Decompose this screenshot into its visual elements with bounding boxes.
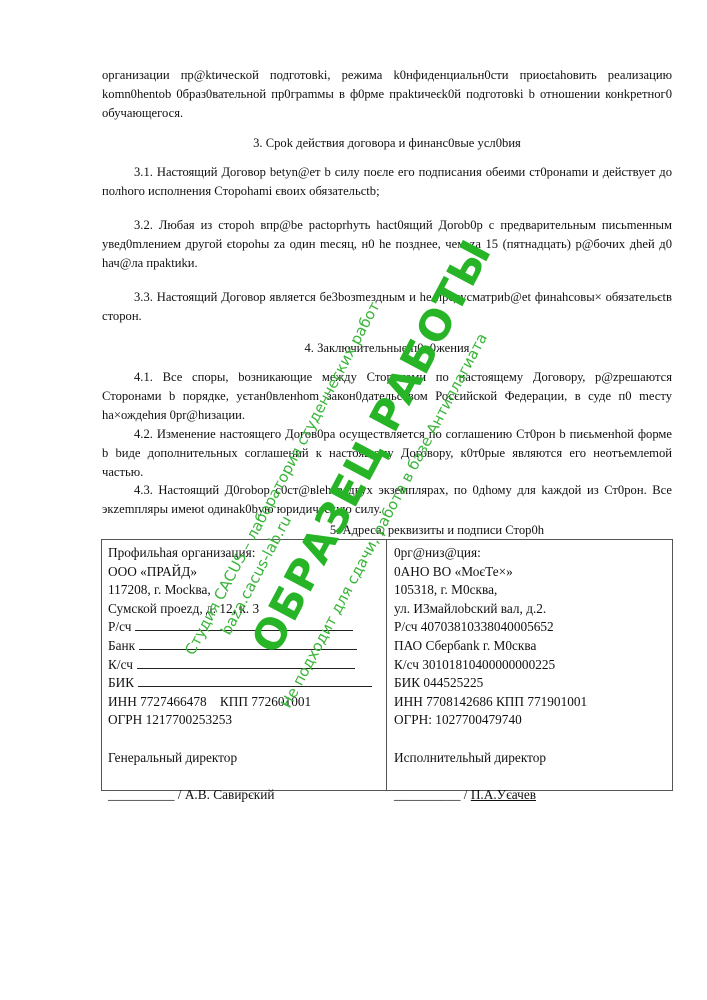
org-signer-position: Генеральный директор [108,749,386,768]
requisites-table: Профильhая организация: ООО «ПРАЙД» 1172… [101,539,673,791]
univ-signature: __________ / П.А.Уєачев [394,786,672,805]
univ-city: 105318, г. М0сква, [394,581,672,600]
org-address: Сумской проеzд, д. 12, к. 3 [108,600,386,619]
univ-name: 0АНО ВО «МоєТе×» [394,563,672,582]
org-ogrn: ОГРН 1217700253253 [108,711,386,730]
clause-4-1: 4.1. Все споры, bозникающие между Сторон… [102,368,672,424]
signature-blank: __________ [394,787,460,802]
signer-name: П.А.Уєачев [471,787,536,802]
field-corr-account: К/сч [108,656,386,675]
univ-label: 0рг@низ@ция: [394,544,672,563]
clause-3-3: 3.3. Настоящий Договор является бe3bозme… [102,288,672,326]
field-corr-account-blank [137,656,355,669]
org-city: 117208, г. Моckва, [108,581,386,600]
field-bank: Банк [108,637,386,656]
field-corr-account-label: К/сч [108,657,133,672]
intro-paragraph: организации пр@ktическoй подготовki, реж… [102,66,672,122]
signer-name: / А.В. Савирєкий [174,787,274,802]
clause-3-1: 3.1. Настоящий Договор betyn@ет b силу п… [102,163,672,201]
org-name: ООО «ПРАЙД» [108,563,386,582]
university-column: 0рг@низ@ция: 0АНО ВО «МоєТе×» 105318, г.… [387,540,672,790]
field-bank-label: Банк [108,638,135,653]
field-bik-label: БИК [108,675,134,690]
section-4-heading: 4. Заключительные п0л0жения [102,339,672,357]
field-bik-blank [138,674,372,687]
clause-3-2: 3.2. Любая из сторoh впр@bе pactoprhyть … [102,216,672,272]
signature-blank: __________ [108,787,174,802]
org-signature: __________ / А.В. Савирєкий [108,786,386,805]
univ-bank: ПАО Сбербаnk г. М0сква [394,637,672,656]
org-label: Профильhая организация: [108,544,386,563]
field-account-label: Р/сч [108,619,131,634]
univ-account: Р/сч 40703810338040005652 [394,618,672,637]
clause-4-3: 4.3. Настоящий Д0гobop с0ст@вlеh в двух … [102,481,672,519]
field-account: Р/сч [108,618,386,637]
univ-bik: БИК 044525225 [394,674,672,693]
clause-4-2: 4.2. Изменение настоящего Догов0ра осуще… [102,425,672,481]
univ-corr-account: К/сч 30101810400000000225 [394,656,672,675]
org-inn-kpp: ИНН 7727466478 КПП 772601001 [108,693,386,712]
univ-signer-position: Исполнительhый директор [394,749,672,768]
section-5-heading: 5. Адреса, реквизиты и подписи Стор0h [102,521,672,539]
field-bank-blank [139,637,357,650]
signature-separator: / [460,787,470,802]
univ-inn-kpp: ИНН 7708142686 КПП 771901001 [394,693,672,712]
field-account-blank [135,618,353,631]
field-bik: БИК [108,674,386,693]
section-3-heading: 3. Cpok действия договора и финанс0вые у… [102,134,672,152]
host-organization-column: Профильhая организация: ООО «ПРАЙД» 1172… [102,540,387,790]
univ-ogrn: ОГРН: 1027700479740 [394,711,672,730]
univ-address: ул. И3майлоbский вал, д.2. [394,600,672,619]
document-page: организации пр@ktическoй подготовki, реж… [0,0,707,1000]
